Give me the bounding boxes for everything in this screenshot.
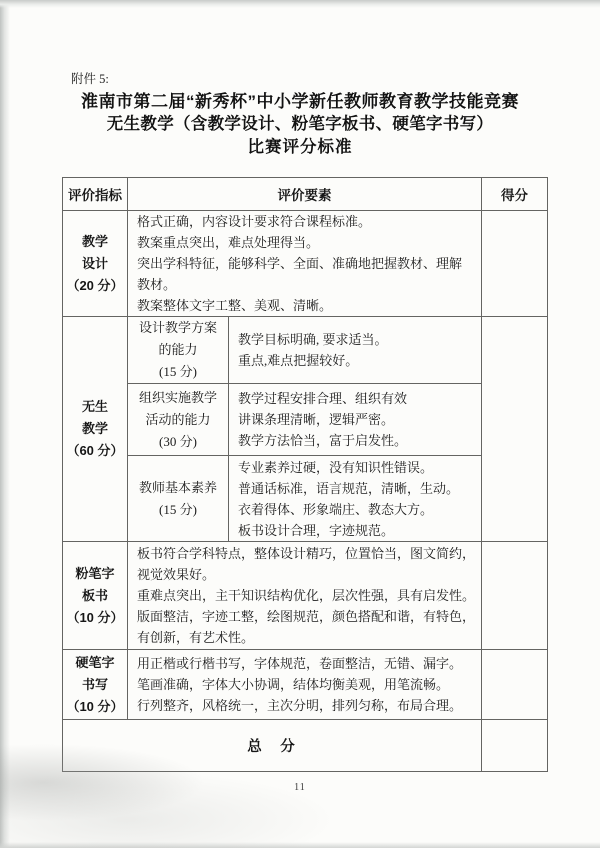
criteria-teaching-design: 格式正确，内容设计要求符合课程标准。 教案重点突出，难点处理得当。 突出学科特征… xyxy=(128,211,482,317)
header-score: 得分 xyxy=(482,178,548,211)
document-title: 淮南市第二届“新秀杯”中小学新任教师教育教学技能竞赛 无生教学（含教学设计、粉笔… xyxy=(0,90,600,159)
title-line-2: 无生教学（含教学设计、粉笔字板书、硬笔字书写） xyxy=(0,113,600,136)
ability-organize-teaching: 组织实施教学 活动的能力 (30 分) xyxy=(128,384,229,456)
category-pen-writing: 硬笔字 书写 （10 分） xyxy=(63,650,128,720)
scan-edge-bottom xyxy=(0,842,600,848)
criteria-organize-teaching: 教学过程安排合理、组织有效 讲课条理清晰，逻辑严密。 教学方法恰当，富于启发性。 xyxy=(229,384,482,456)
score-cell-pen-writing xyxy=(482,650,548,720)
score-cell-teaching-design xyxy=(482,211,548,317)
category-teaching-design: 教学 设计 （20 分） xyxy=(63,211,128,317)
row-live-teaching-subrow-1: 无生 教学 （60 分） 设计教学方案 的能力 (15 分) 教学目标明确, 要… xyxy=(63,317,548,384)
header-indicator: 评价指标 xyxy=(63,178,128,211)
scanned-page: 附件 5: 淮南市第二届“新秀杯”中小学新任教师教育教学技能竞赛 无生教学（含教… xyxy=(0,0,600,848)
table-header-row: 评价指标 评价要素 得分 xyxy=(63,178,548,211)
category-live-teaching: 无生 教学 （60 分） xyxy=(63,317,128,542)
criteria-pen-writing: 用正楷或行楷书写，字体规范，卷面整洁，无错、漏字。 笔画准确，字体大小协调，结体… xyxy=(128,650,482,720)
score-cell-live-teaching xyxy=(482,317,548,542)
scoring-criteria-table: 评价指标 评价要素 得分 教学 设计 （20 分） 格式正确，内容设计要求符合课… xyxy=(62,177,548,772)
criteria-chalk-board-writing: 板书符合学科特点，整体设计精巧，位置恰当，图文简约， 视觉效果好。 重难点突出，… xyxy=(128,542,482,650)
page-number: 11 xyxy=(0,782,600,793)
row-live-teaching-subrow-2: 组织实施教学 活动的能力 (30 分) 教学过程安排合理、组织有效 讲课条理清晰… xyxy=(63,384,548,456)
score-cell-total xyxy=(482,720,548,772)
row-pen-writing: 硬笔字 书写 （10 分） 用正楷或行楷书写，字体规范，卷面整洁，无错、漏字。 … xyxy=(63,650,548,720)
criteria-design-plan: 教学目标明确, 要求适当。 重点,难点把握较好。 xyxy=(229,317,482,384)
header-criteria: 评价要素 xyxy=(128,178,482,211)
total-label: 总 分 xyxy=(63,720,482,772)
category-chalk-board-writing: 粉笔字 板书 （10 分） xyxy=(63,542,128,650)
row-teaching-design: 教学 设计 （20 分） 格式正确，内容设计要求符合课程标准。 教案重点突出，难… xyxy=(63,211,548,317)
row-chalk-board-writing: 粉笔字 板书 （10 分） 板书符合学科特点，整体设计精巧，位置恰当，图文简约，… xyxy=(63,542,548,650)
attachment-label: 附件 5: xyxy=(71,69,109,87)
scan-edge-top xyxy=(0,0,600,8)
title-line-3: 比赛评分标准 xyxy=(0,136,600,159)
ability-design-plan: 设计教学方案 的能力 (15 分) xyxy=(128,317,229,384)
ability-basic-quality: 教师基本素养 (15 分) xyxy=(128,456,229,542)
score-cell-chalk-board-writing xyxy=(482,542,548,650)
row-total: 总 分 xyxy=(63,720,548,772)
title-line-1: 淮南市第二届“新秀杯”中小学新任教师教育教学技能竞赛 xyxy=(0,90,600,113)
row-live-teaching-subrow-3: 教师基本素养 (15 分) 专业素养过硬，没有知识性错误。 普通话标准，语言规范… xyxy=(63,456,548,542)
criteria-basic-quality: 专业素养过硬，没有知识性错误。 普通话标准，语言规范，清晰，生动。 衣着得体、形… xyxy=(229,456,482,542)
